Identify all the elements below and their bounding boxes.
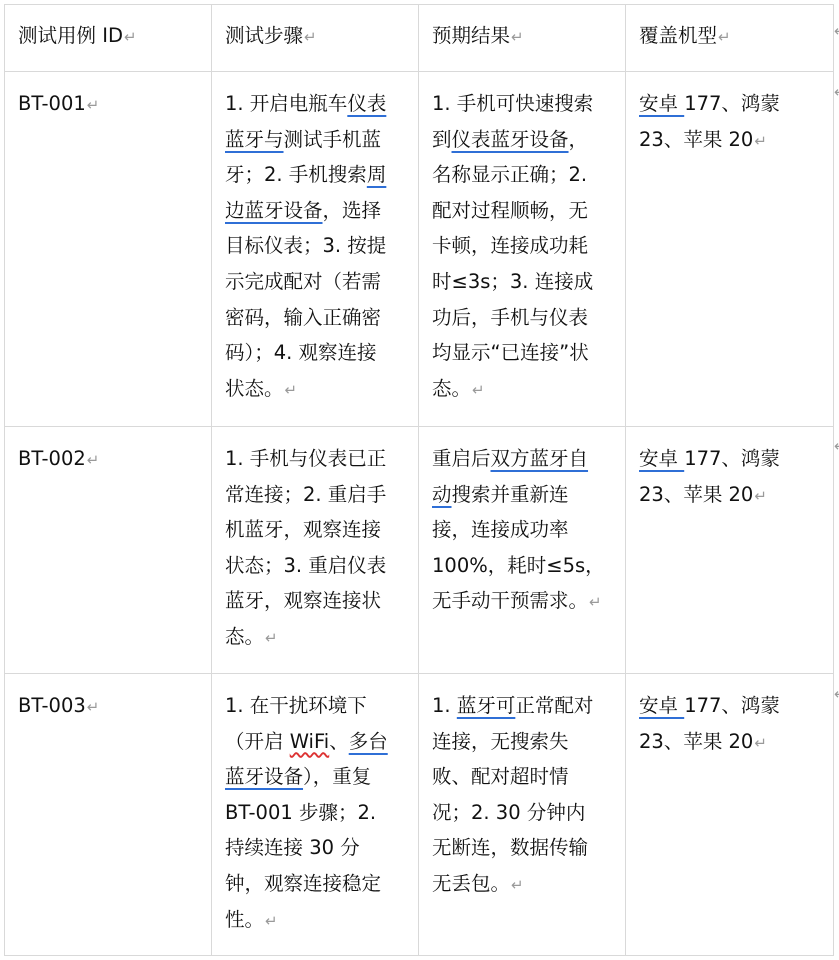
text-line: 接，连接成功率 — [432, 512, 615, 548]
header-cell-models[interactable]: 覆盖机型↵ — [626, 5, 834, 72]
text-line: 到仪表蓝牙设备， — [432, 122, 615, 158]
text-line: 23、苹果 20↵ — [639, 477, 823, 515]
text-line: 均显示“已连接”状 — [432, 335, 615, 371]
text-line: 功后，手机与仪表 — [432, 300, 615, 336]
paragraph-mark-icon: ↵ — [87, 96, 100, 114]
table-row: BT-001↵ 1. 开启电瓶车仪表 蓝牙与测试手机蓝 牙；2. 手机搜索周 边… — [5, 72, 834, 427]
text-run: 177、鸿蒙 — [684, 694, 780, 717]
text-run: 预期结果 — [432, 24, 510, 47]
table-header-row: 测试用例 ID↵ 测试步骤↵ 预期结果↵ 覆盖机型↵ — [5, 5, 834, 72]
paragraph-mark-icon: ↵ — [87, 698, 100, 716]
paragraph-mark-icon: ↵ — [754, 487, 767, 505]
text-line: 目标仪表；3. 按提 — [225, 228, 408, 264]
text-line: 蓝牙，观察连接状 — [225, 583, 408, 619]
text-run: 177、鸿蒙 — [684, 447, 780, 470]
grammar-underline: 双方蓝牙自 — [491, 447, 589, 470]
text-line: 动搜索并重新连 — [432, 477, 615, 513]
grammar-underline: 安卓 — [639, 92, 684, 115]
table-row: BT-003↵ 1. 在干扰环境下 （开启 WiFi、多台 蓝牙设备），重复 B… — [5, 674, 834, 956]
paragraph-mark-icon: ↵ — [87, 451, 100, 469]
paragraph-mark-icon: ↵ — [511, 876, 524, 894]
text-run: 正常配对 — [515, 694, 593, 717]
text-run: 1. — [432, 694, 457, 717]
cell-models[interactable]: 安卓 177、鸿蒙 23、苹果 20↵ — [626, 427, 834, 674]
paragraph-mark-icon: ↵ — [124, 28, 137, 46]
grammar-underline: 蓝牙可 — [457, 694, 516, 717]
text-line: 况；2. 30 分钟内 — [432, 795, 615, 831]
text-line: 安卓 177、鸿蒙 — [639, 688, 823, 724]
text-line: 边蓝牙设备，选择 — [225, 193, 408, 229]
text-line: 无手动干预需求。↵ — [432, 583, 615, 621]
text-line: 时≤3s；3. 连接成 — [432, 264, 615, 300]
text-line: 无丢包。↵ — [432, 866, 615, 904]
paragraph-mark-icon: ↵ — [285, 381, 298, 399]
text-run: 23、苹果 20 — [639, 483, 753, 506]
text-run: 测试用例 ID — [18, 24, 123, 47]
text-line: 败、配对超时情 — [432, 759, 615, 795]
text-line: 牙；2. 手机搜索周 — [225, 157, 408, 193]
grammar-underline: 蓝牙设备 — [225, 765, 303, 788]
text-line: 态。↵ — [432, 371, 615, 409]
text-line: 安卓 177、鸿蒙 — [639, 86, 823, 122]
text-run: 23、苹果 20 — [639, 128, 753, 151]
text-line: 常连接；2. 重启手 — [225, 477, 408, 513]
text-run: 、 — [329, 730, 349, 753]
cell-expected[interactable]: 1. 手机可快速搜索 到仪表蓝牙设备， 名称显示正确；2. 配对过程顺畅，无 卡… — [419, 72, 626, 427]
text-line: 1. 在干扰环境下 — [225, 688, 408, 724]
text-run: 测试手机蓝 — [284, 128, 382, 151]
grammar-underline: 多台 — [349, 730, 388, 753]
text-run: 无丢包。 — [432, 872, 510, 895]
header-cell-steps[interactable]: 测试步骤↵ — [212, 5, 419, 72]
text-line: 示完成配对（若需 — [225, 264, 408, 300]
text-run: 态。 — [432, 377, 471, 400]
cell-test-id[interactable]: BT-002↵ — [5, 427, 212, 674]
spelling-squiggle: WiFi — [290, 730, 330, 753]
cell-test-id[interactable]: BT-001↵ — [5, 72, 212, 427]
text-line: BT-001 步骤；2. — [225, 795, 408, 831]
text-run: BT-002 — [18, 447, 86, 470]
paragraph-mark-icon: ↵ — [304, 28, 317, 46]
text-line: 状态；3. 重启仪表 — [225, 548, 408, 584]
grammar-underline: 仪表 — [347, 92, 386, 115]
paragraph-mark-icon: ↵ — [754, 132, 767, 150]
text-line: 码）；4. 观察连接 — [225, 335, 408, 371]
text-run: 搜索并重新连 — [452, 483, 569, 506]
grammar-underline: 蓝牙与 — [225, 128, 284, 151]
paragraph-mark-icon: ↵ — [754, 734, 767, 752]
paragraph-mark-icon: ↵ — [589, 593, 602, 611]
row-end-mark-icon: ↵ — [834, 83, 839, 101]
text-run: 无手动干预需求。 — [432, 589, 588, 612]
cell-models[interactable]: 安卓 177、鸿蒙 23、苹果 20↵ — [626, 72, 834, 427]
grammar-underline: 动 — [432, 483, 452, 506]
test-case-table: 测试用例 ID↵ 测试步骤↵ 预期结果↵ 覆盖机型↵ BT-001↵ 1. 开启… — [4, 4, 834, 956]
text-run: 状态。 — [225, 377, 284, 400]
text-line: 100%，耗时≤5s， — [432, 548, 615, 584]
text-run: 性。 — [225, 908, 264, 931]
paragraph-mark-icon: ↵ — [718, 28, 731, 46]
text-line: 1. 开启电瓶车仪表 — [225, 86, 408, 122]
text-line: 23、苹果 20↵ — [639, 724, 823, 762]
text-line: 23、苹果 20↵ — [639, 122, 823, 160]
cell-expected[interactable]: 1. 蓝牙可正常配对 连接，无搜索失 败、配对超时情 况；2. 30 分钟内 无… — [419, 674, 626, 956]
row-end-mark-icon: ↵ — [834, 437, 839, 455]
text-line: 密码，输入正确密 — [225, 300, 408, 336]
paragraph-mark-icon: ↵ — [472, 381, 485, 399]
cell-steps[interactable]: 1. 在干扰环境下 （开启 WiFi、多台 蓝牙设备），重复 BT-001 步骤… — [212, 674, 419, 956]
text-line: 名称显示正确；2. — [432, 157, 615, 193]
text-run: BT-003 — [18, 694, 86, 717]
text-line: 持续连接 30 分 — [225, 830, 408, 866]
paragraph-mark-icon: ↵ — [265, 912, 278, 930]
text-line: 1. 蓝牙可正常配对 — [432, 688, 615, 724]
paragraph-mark-icon: ↵ — [511, 28, 524, 46]
text-run: （开启 — [225, 730, 290, 753]
text-line: （开启 WiFi、多台 — [225, 724, 408, 760]
text-run: ），重复 — [303, 765, 371, 788]
text-run: 覆盖机型 — [639, 24, 717, 47]
text-line: 配对过程顺畅，无 — [432, 193, 615, 229]
header-cell-test-id[interactable]: 测试用例 ID↵ — [5, 5, 212, 72]
text-line: 状态。↵ — [225, 371, 408, 409]
text-line: 蓝牙设备），重复 — [225, 759, 408, 795]
row-end-mark-icon: ↵ — [834, 22, 839, 40]
text-run: BT-001 — [18, 92, 86, 115]
text-line: 1. 手机与仪表已正 — [225, 441, 408, 477]
cell-expected[interactable]: 重启后双方蓝牙自 动搜索并重新连 接，连接成功率 100%，耗时≤5s， 无手动… — [419, 427, 626, 674]
grammar-underline: 安卓 — [639, 447, 684, 470]
header-cell-expected[interactable]: 预期结果↵ — [419, 5, 626, 72]
table-row: BT-002↵ 1. 手机与仪表已正 常连接；2. 重启手 机蓝牙，观察连接 状… — [5, 427, 834, 674]
paragraph-mark-icon: ↵ — [265, 629, 278, 647]
cell-steps[interactable]: 1. 手机与仪表已正 常连接；2. 重启手 机蓝牙，观察连接 状态；3. 重启仪… — [212, 427, 419, 674]
text-run: 态。 — [225, 625, 264, 648]
cell-steps[interactable]: 1. 开启电瓶车仪表 蓝牙与测试手机蓝 牙；2. 手机搜索周 边蓝牙设备，选择 … — [212, 72, 419, 427]
text-line: 安卓 177、鸿蒙 — [639, 441, 823, 477]
grammar-underline: 边蓝牙设备 — [225, 199, 323, 222]
grammar-underline: 安卓 — [639, 694, 684, 717]
text-run: 测试步骤 — [225, 24, 303, 47]
text-line: 机蓝牙，观察连接 — [225, 512, 408, 548]
row-end-mark-icon: ↵ — [834, 685, 839, 703]
text-line: 性。↵ — [225, 902, 408, 940]
text-run: ， — [569, 128, 589, 151]
text-line: 态。↵ — [225, 619, 408, 657]
text-run: 1. 开启电瓶车 — [225, 92, 347, 115]
cell-test-id[interactable]: BT-003↵ — [5, 674, 212, 956]
text-run: 到 — [432, 128, 452, 151]
cell-models[interactable]: 安卓 177、鸿蒙 23、苹果 20↵ — [626, 674, 834, 956]
text-run: 23、苹果 20 — [639, 730, 753, 753]
text-line: 1. 手机可快速搜索 — [432, 86, 615, 122]
text-run: ，选择 — [323, 199, 382, 222]
text-line: 卡顿，连接成功耗 — [432, 228, 615, 264]
text-run: 牙；2. 手机搜索 — [225, 163, 367, 186]
text-line: 重启后双方蓝牙自 — [432, 441, 615, 477]
text-run: 重启后 — [432, 447, 491, 470]
grammar-underline: 仪表蓝牙设备 — [452, 128, 569, 151]
grammar-underline: 周 — [367, 163, 387, 186]
text-line: 蓝牙与测试手机蓝 — [225, 122, 408, 158]
text-run: 177、鸿蒙 — [684, 92, 780, 115]
text-line: 连接，无搜索失 — [432, 724, 615, 760]
text-line: 钟，观察连接稳定 — [225, 866, 408, 902]
text-line: 无断连，数据传输 — [432, 830, 615, 866]
